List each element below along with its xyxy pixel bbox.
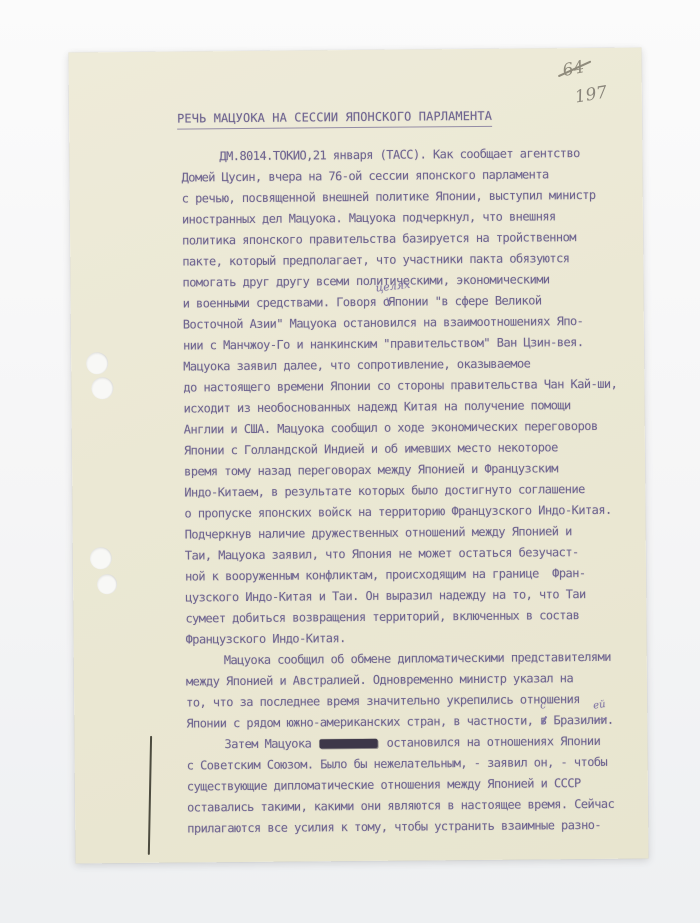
typed-line: пакте, который предполагает, что участни… [182,248,616,273]
typed-line: нии с Манчжоу-Го и нанкинским "правитель… [183,332,617,357]
document-body: ДМ.8014.ТОКИО,21 января (ТАСС). Как сооб… [181,143,621,840]
line-text: и военными средствами. Говоря о [183,295,390,311]
redacted-word [320,739,378,749]
punch-hole [90,547,112,569]
line-text: . [607,713,614,727]
document-page: 64 197 РЕЧЬ МАЦУОКА НА СЕССИИ ЯПОНСКОГО … [68,48,648,864]
caret-icon: ∨ [385,291,391,312]
punch-hole [97,574,117,594]
typed-line: прилагаются все усилия к тому, чтобы уст… [187,815,621,840]
punch-hole [86,352,108,374]
document-title: РЕЧЬ МАЦУОКА НА СЕССИИ ЯПОНСКОГО ПАРЛАМЕ… [177,109,492,130]
line-text: Японии с рядом южно-американских стран, … [186,713,540,730]
handwritten-page-number: 197 [573,82,608,107]
correction-struck-letter: св [540,713,547,727]
line-text: Японии "в сфере Великой [388,293,542,308]
line-text: остановился на отношениях Японии [380,734,600,750]
typed-line: ДМ.8014.ТОКИО,21 января (ТАСС). Как сооб… [181,143,615,168]
typed-line: сумеет добиться возвращения территорий, … [185,605,619,630]
line-text: Бразил [547,713,594,727]
punch-hole [91,377,113,399]
correction-ending: ейии [593,713,606,727]
margin-pencil-mark [148,736,152,855]
scan-background: { "annotations": { "old_page": "64", "ne… [0,0,700,923]
handwritten-word: целях [374,274,411,299]
crossed-out-page-number: 64 [561,57,586,81]
line-text: Затем Мацуока [224,736,318,751]
